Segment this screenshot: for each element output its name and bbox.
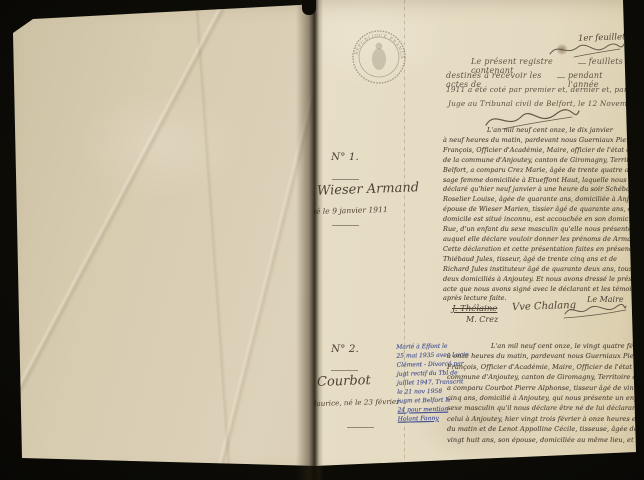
witness-signature: J. Thélaine	[452, 304, 497, 314]
acte2-margin-number: N° 2.	[331, 343, 359, 355]
gutter-top-notch	[302, 0, 316, 15]
handwritten-line: commune d'Anjoutey, canton de Giromagny,…	[447, 372, 629, 382]
handwritten-line: domicile est situé inconnu, est accouché…	[443, 215, 626, 225]
handwritten-line: Cette déclaration et cette présentation …	[443, 245, 626, 255]
handwritten-line: à neuf heures du matin, pardevant nous G…	[443, 136, 626, 146]
blank-fill-line	[557, 77, 565, 78]
handwritten-line: Richard Jules instituteur âgé de quarant…	[443, 265, 626, 275]
declarant-signature: M. Crez	[466, 315, 498, 324]
acte2-margin-name: Courbot	[317, 373, 371, 390]
handwritten-line: épouse de Wieser Marien, tissier âgé de …	[443, 205, 626, 215]
handwritten-line: a comparu Courbot Pierre Alphonse, tisse…	[447, 383, 629, 393]
margin-rule	[332, 179, 359, 180]
handwritten-line: François, Officier d'Académie, Maire, of…	[443, 146, 626, 156]
margin-rule	[331, 370, 358, 371]
handwritten-line: L'an mil neuf cent onze, le vingt quatre…	[447, 341, 629, 351]
printed-text: feuillets	[589, 57, 623, 66]
handwritten-line: de la commune d'Anjoutey, canton de Giro…	[443, 156, 626, 166]
handwritten-line: Thiébaud Jules, tisseur, âgé de trente c…	[443, 255, 626, 265]
margin-rule	[347, 427, 374, 428]
handwritten-line: Rue, d'un enfant du sexe masculin qu'ell…	[443, 225, 626, 235]
acte2-body-text: L'an mil neuf cent onze, le vingt quatre…	[447, 341, 629, 445]
handwritten-line: auquel elle déclare vouloir donner les p…	[443, 235, 626, 245]
blank-fill-line	[578, 63, 586, 64]
handwritten-line: sexe masculin qu'il nous déclare être né…	[447, 403, 629, 413]
acte1-body-text: L'an mil neuf cent onze, le dix janvierà…	[443, 126, 626, 304]
handwritten-line: déclaré qu'hier neuf janvier à une heure…	[443, 185, 626, 195]
handwritten-line: sage femme domiciliée à Etueffont Haut, …	[443, 176, 626, 186]
handwritten-line: vingt huit ans, son épouse, domiciliée a…	[447, 435, 629, 445]
handwritten-line: Roselier Louise, âgée de quarante ans, d…	[443, 195, 626, 205]
republique-francaise-seal-icon: RÉPUBLIQUE FRANÇAISE	[350, 28, 408, 86]
handwritten-line: celui à Anjoutey, hier vingt trois févri…	[447, 414, 629, 424]
handwritten-line: cinq ans, domicilié à Anjoutey, qui nous…	[447, 393, 629, 403]
handwritten-line: à onze heures du matin, pardevant nous G…	[447, 351, 629, 361]
handwritten-line: L'an mil neuf cent onze, le dix janvier	[443, 126, 626, 136]
handwritten-line: Belfort, a comparu Crez Marie, âgée de t…	[443, 166, 626, 176]
header-line-3: 1911 a été coté par premier et, dernier …	[446, 85, 644, 94]
mayor-signature-flourish	[562, 301, 628, 321]
handwritten-line: François, Officier d'Académie, Maire, Of…	[447, 362, 629, 372]
scanned-register-photo: 1er feuillet RÉPUBLIQUE FRANÇAISE Le pré…	[0, 0, 644, 480]
acte1-margin-number: N° 1.	[331, 151, 359, 163]
margin-rule	[332, 225, 359, 226]
handwritten-line: du matin et de Lenot Appolline Cécile, t…	[447, 424, 629, 434]
handwritten-line: deux domiciliés à Anjoutey. Et nous avon…	[443, 275, 626, 285]
handwritten-line: acte que nous avons signé avec le déclar…	[443, 285, 626, 295]
